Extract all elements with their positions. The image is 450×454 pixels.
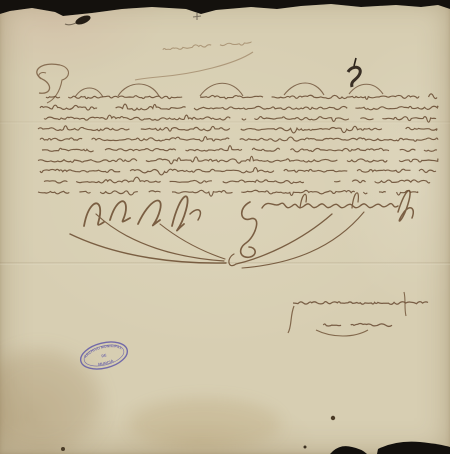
script-line: [46, 94, 437, 99]
cross-mark: [193, 13, 201, 20]
manuscript-scan: ARCHIVO MUNICIPAL DE MURCIA: [0, 0, 450, 454]
ink-blot: [65, 14, 92, 27]
script-line: [40, 168, 436, 175]
signature-right-rubric: [229, 191, 413, 268]
script-line: [44, 115, 436, 122]
manuscript-artwork: [0, 0, 450, 454]
address-swash: [135, 52, 253, 80]
script-line: [38, 190, 418, 196]
secretary-flourish: [288, 292, 406, 336]
signature-left-rubric: [70, 196, 226, 263]
stamp-text-middle: DE: [101, 353, 107, 358]
body-text-block: [38, 94, 438, 196]
script-line: [163, 40, 252, 52]
script-line: [38, 156, 438, 164]
archival-ink-mark: [348, 58, 360, 87]
script-line: [44, 177, 430, 183]
script-line: [323, 323, 392, 326]
ascender-loops: [75, 83, 383, 97]
script-line: [42, 146, 437, 152]
secretary-inscription: [293, 302, 428, 327]
script-line: [293, 302, 428, 305]
torn-corner: [61, 416, 450, 454]
script-line: [40, 137, 438, 142]
script-line: [40, 104, 438, 110]
address-docket: [163, 40, 252, 52]
script-line: [38, 126, 437, 133]
